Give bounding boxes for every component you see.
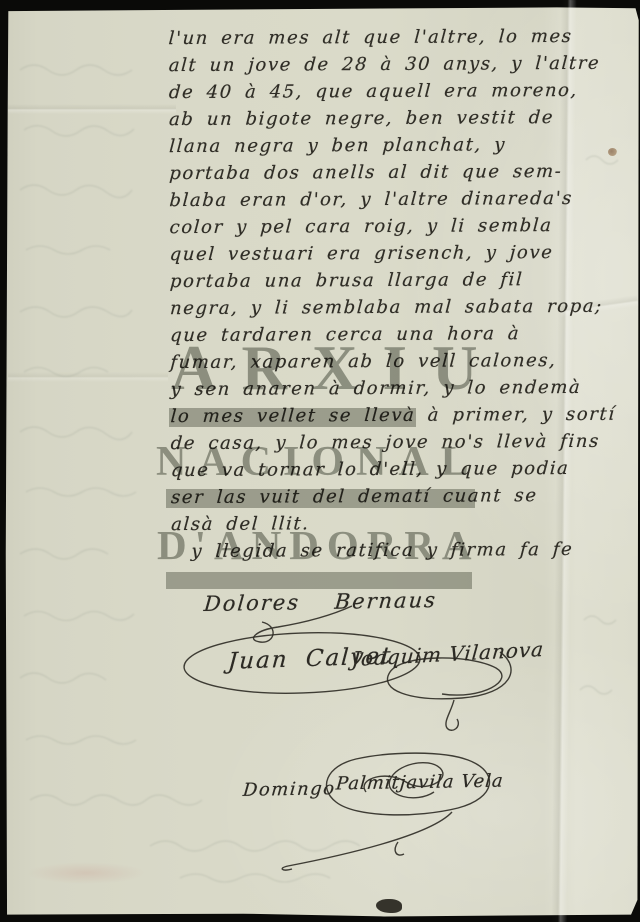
manuscript-line: que va tornar lo d'ell, y que podia: [170, 455, 582, 484]
manuscript-line: ab un bigote negre, ben vestit de: [168, 104, 580, 133]
manuscript-line: de 40 à 45, que aquell era moreno,: [168, 77, 580, 106]
manuscript-line: portaba dos anells al dit que sem-: [168, 158, 580, 187]
manuscript-line: alsà del llit.: [170, 509, 582, 538]
manuscript-line: y sen anaren à dormir, y lo endemà: [170, 374, 582, 403]
manuscript-line: quel vestuari era grisench, y jove: [169, 239, 581, 268]
signature-dolores-bernaus: Dolores Bernaus: [203, 588, 438, 616]
manuscript-line: llana negra y ben planchat, y: [168, 131, 580, 160]
edge-stain-blob: [376, 899, 402, 913]
signature-domingo: Domingo: [242, 778, 336, 801]
horizontal-fold-crease: [8, 372, 168, 382]
manuscript-line: negra, y li semblaba mal sabata ropa;: [169, 293, 581, 322]
manuscript-line: alt un jove de 28 à 30 anys, y l'altre: [168, 50, 580, 79]
manuscript-line: lo mes vellet se llevà à primer, y sortí: [170, 401, 582, 430]
manuscript-line: que tardaren cerca una hora à: [169, 320, 581, 349]
manuscript-text-block: l'un era mes alt que l'altre, lo mes alt…: [169, 23, 582, 565]
signature-palmitjavila-vela: Palmitjavila Vela: [335, 771, 505, 795]
horizontal-fold-crease: [8, 104, 176, 114]
manuscript-closing-line: y llegida se ratifica y firma fa fe: [190, 536, 582, 565]
scanned-manuscript-page: l'un era mes alt que l'altre, lo mes alt…: [0, 0, 640, 922]
manuscript-line: ser las vuit del dematí cuant se: [170, 482, 582, 511]
manuscript-line: blaba eran d'or, y l'altre dinareda's: [169, 185, 581, 214]
manuscript-line: de casa, y lo mes jove no's llevà fins: [170, 428, 582, 457]
rust-smudge: [26, 862, 146, 884]
manuscript-line: color y pel cara roig, y li sembla: [169, 212, 581, 241]
manuscript-line: portaba una brusa llarga de fil: [169, 266, 581, 295]
ink-stain-dot: [608, 148, 617, 156]
manuscript-line: l'un era mes alt que l'altre, lo mes: [168, 23, 580, 52]
manuscript-line: fumar, xaparen ab lo vell calones,: [169, 347, 581, 376]
